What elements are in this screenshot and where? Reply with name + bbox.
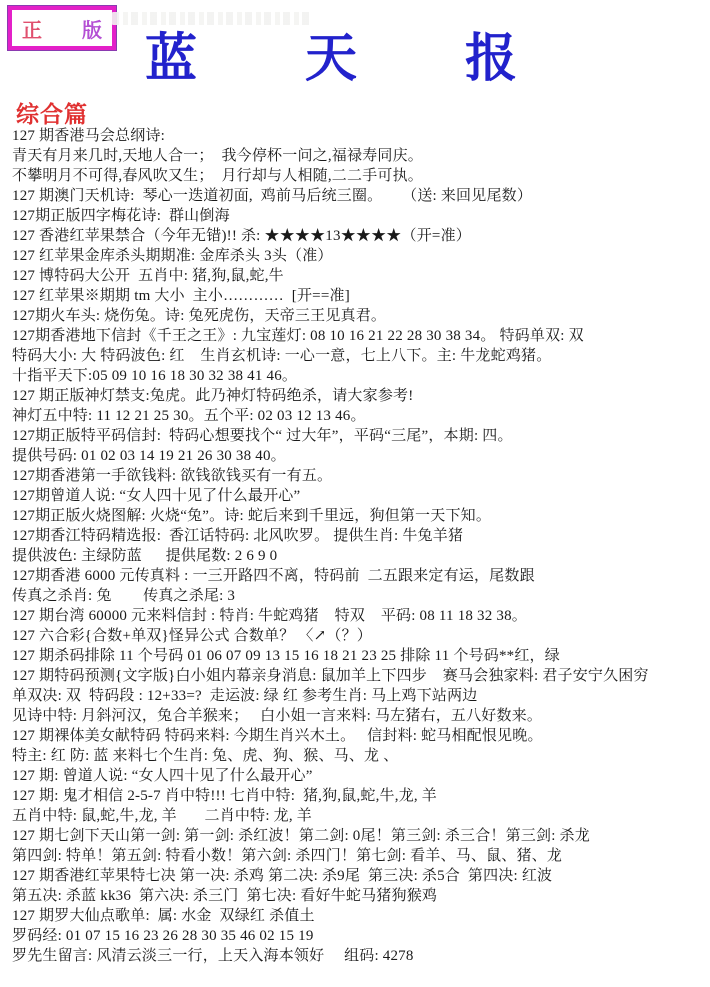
report-line: 罗先生留言: 风清云淡三一行，上天入海本领好 组码: 4278 — [12, 946, 704, 966]
report-line: 十指平天下:05 09 10 16 18 30 32 38 41 46。 — [12, 366, 704, 386]
stamp-char-zheng: 正 — [22, 14, 42, 43]
report-line: 127 期: 曾道人说: “女人四十见了什么最开心” — [12, 766, 704, 786]
report-line: 127 博特码大公开 五肖中: 猪,狗,鼠,蛇,牛 — [12, 266, 704, 286]
report-line: 127期香港 6000 元传真料 : 一三开路四不离，特码前 二五跟来定有运，尾… — [12, 566, 704, 586]
report-line: 127 期香港马会总纲诗: — [12, 126, 704, 146]
report-line: 见诗中特: 月斜河汉，兔合羊猴来； 白小姐一言来料: 马左猪右，五八好数来。 — [12, 706, 704, 726]
report-line: 127期正版火烧图解: 火烧“兔”。诗: 蛇后来到千里远，狗但第一天下知。 — [12, 506, 704, 526]
stamp-char-ban: 版 — [82, 14, 102, 43]
report-line: 罗码经: 01 07 15 16 23 26 28 30 35 46 02 15… — [12, 926, 704, 946]
report-line: 127期正版特平码信封: 特码心想要找个“ 过大年”，平码“三尾”，本期: 四。 — [12, 426, 704, 446]
report-line: 单双决: 双 特码段 : 12+33=? 走运波: 绿 红 参考生肖: 马上鸡下… — [12, 686, 704, 706]
report-line: 特码大小: 大 特码波色: 红 生肖玄机诗: 一心一意，七上八下。主: 牛龙蛇鸡… — [12, 346, 704, 366]
report-line: 127 期香港红苹果特七决 第一决: 杀鸡 第二决: 杀9尾 第三决: 杀5合 … — [12, 866, 704, 886]
report-line: 青天有月来几时,天地人合一； 我今停杯一问之,福禄寿同庆。 — [12, 146, 704, 166]
report-line: 提供号码: 01 02 03 14 19 21 26 30 38 40。 — [12, 446, 704, 466]
report-line: 127 期杀码排除 11 个号码 01 06 07 09 13 15 16 18… — [12, 646, 704, 666]
report-line: 不攀明月不可得,春风吹又生； 月行却与人相随,二二手可执。 — [12, 166, 704, 186]
report-line: 127 期正版神灯禁支:兔虎。此乃神灯特码绝杀，请大家参考! — [12, 386, 704, 406]
report-line: 127 期澳门天机诗: 琴心一迭道初面, 鸡前马后统三圈。 （送: 来回见尾数） — [12, 186, 704, 206]
newspaper-page: 正 版 蓝 天 报 综合篇 127 期香港马会总纲诗:青天有月来几时,天地人合一… — [0, 0, 710, 987]
report-line: 传真之杀肖: 兔 传真之杀尾: 3 — [12, 586, 704, 606]
report-line: 127 红苹果金库杀头期期准: 金库杀头 3头（准） — [12, 246, 704, 266]
report-line: 127 期: 鬼才相信 2-5-7 肖中特!!! 七肖中特: 猪,狗,鼠,蛇,牛… — [12, 786, 704, 806]
report-line: 127 期特码预测{文字版}白小姐内幕亲身消息: 鼠加羊上下四步 赛马会独家料:… — [12, 666, 704, 686]
report-line: 提供波色: 主绿防蓝 提供尾数: 2 6 9 0 — [12, 546, 704, 566]
report-line: 第四剑: 特单！第五剑: 特看小数！第六剑: 杀四门！第七剑: 看羊、马、鼠、猪… — [12, 846, 704, 866]
faint-watermark-text — [112, 12, 312, 25]
authentic-stamp: 正 版 — [8, 6, 116, 50]
report-line: 127 期七剑下天山第一剑: 第一剑: 杀红波！第二剑: 0尾！第三剑: 杀三合… — [12, 826, 704, 846]
report-line: 127期正版四字梅花诗: 群山倒海 — [12, 206, 704, 226]
report-lines: 127 期香港马会总纲诗:青天有月来几时,天地人合一； 我今停杯一问之,福禄寿同… — [12, 126, 704, 966]
report-line: 五肖中特: 鼠,蛇,牛,龙, 羊 二肖中特: 龙, 羊 — [12, 806, 704, 826]
report-line: 127期曾道人说: “女人四十见了什么最开心” — [12, 486, 704, 506]
title-char-bao: 报 — [465, 34, 517, 86]
page-title: 蓝 天 报 — [145, 34, 517, 86]
report-line: 127 期罗大仙点歌单: 属: 水金 双绿红 杀值土 — [12, 906, 704, 926]
report-line: 第五决: 杀蓝 kk36 第六决: 杀三门 第七决: 看好牛蛇马猪狗猴鸡 — [12, 886, 704, 906]
report-line: 127 红苹果※期期 tm 大小 主小………… [开==准] — [12, 286, 704, 306]
section-label: 综合篇 — [16, 96, 88, 129]
report-line: 127 香港红苹果禁合（今年无错)!! 杀: ★★★★13★★★★（开=准） — [12, 226, 704, 246]
report-line: 127期香港第一手欲钱料: 欲钱欲钱买有一有五。 — [12, 466, 704, 486]
report-line: 127期香港地下信封《千王之王》: 九宝莲灯: 08 10 16 21 22 2… — [12, 326, 704, 346]
title-char-lan: 蓝 — [145, 34, 197, 86]
report-line: 127期火车头: 烧伤兔。诗: 兔死虎伤，天帝三王见真君。 — [12, 306, 704, 326]
report-line: 特主: 红 防: 蓝 来料七个生肖: 兔、虎、狗、猴、马、龙 、 — [12, 746, 704, 766]
report-line: 127期香江特码精选报: 香江话特码: 北风吹罗。 提供生肖: 牛兔羊猪 — [12, 526, 704, 546]
title-char-tian: 天 — [305, 34, 357, 86]
report-line: 127 期裸体美女献特码 特码来料: 今期生肖兴木土。 信封料: 蛇马相配恨见晚… — [12, 726, 704, 746]
report-line: 127 期台湾 60000 元来料信封 : 特肖: 牛蛇鸡猪 特双 平码: 08… — [12, 606, 704, 626]
report-line: 神灯五中特: 11 12 21 25 30。五个平: 02 03 12 13 4… — [12, 406, 704, 426]
report-line: 127 六合彩{合数+单双}怪异公式 合数单？ 〈↗（？） — [12, 626, 704, 646]
